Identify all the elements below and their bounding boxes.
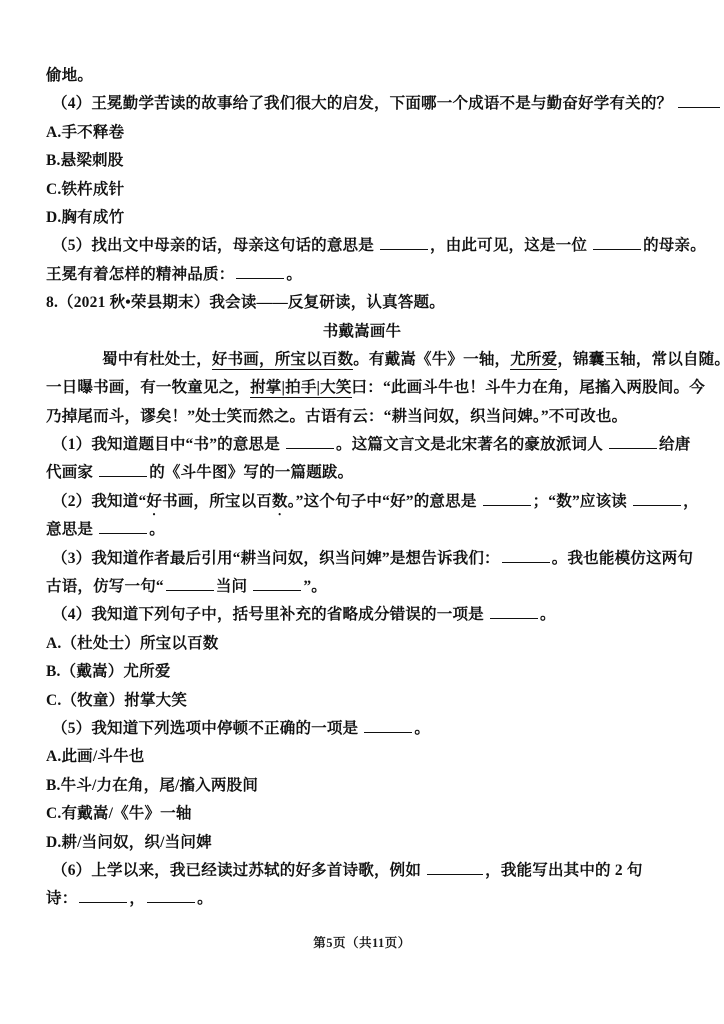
text-segment: 拊掌|拍手|大笑 — [250, 379, 351, 398]
option-a: A.此画/斗牛也 — [46, 743, 678, 771]
text-segment: 曰：“此画斗牛也！斗牛力在角，尾搐入两股间。今 — [352, 379, 705, 396]
option-a: A.（杜处士）所宝以百数 — [46, 630, 678, 658]
text-segment: 。我也能模仿这两句 — [552, 550, 693, 567]
continuation-line: 代画家 的《斗牛图》写的一篇题跋。 — [46, 459, 678, 487]
text-segment: 一日曝书画，有一牧童见之， — [46, 379, 250, 396]
text-segment: （6）上学以来，我已经读过苏轼的好多首诗歌，例如 — [52, 862, 425, 879]
answer-blank — [593, 236, 641, 250]
text-segment: D.耕/当问奴，织/当问婢 — [46, 834, 212, 851]
answer-blank — [147, 889, 195, 903]
text-segment: 代画家 — [46, 464, 97, 481]
text-segment: D.胸有成竹 — [46, 209, 124, 226]
continuation-line: 王冕有着怎样的精神品质：。 — [46, 261, 678, 289]
passage-line-2: 一日曝书画，有一牧童见之，拊掌|拍手|大笑曰：“此画斗牛也！斗牛力在角，尾搐入两… — [46, 374, 678, 402]
answer-blank — [483, 492, 531, 506]
text-segment: 的母亲。 — [643, 237, 706, 254]
text-segment: ，锦囊玉轴，常以自随。 — [557, 351, 724, 368]
text-segment: 。有戴嵩《牛》一轴， — [353, 351, 510, 368]
answer-blank — [609, 435, 657, 449]
continuation-line: 诗：，。 — [46, 885, 678, 913]
option-b: B.牛斗/力在角，尾/搐入两股间 — [46, 772, 678, 800]
page-footer: 第5页（共11页） — [46, 933, 678, 951]
sub-question-5: （5）找出文中母亲的话，母亲这句话的意思是 ，由此可见，这是一位 的母亲。 — [46, 232, 678, 260]
text-segment: （5）我知道下列选项中停顿不正确的一项是 — [52, 720, 362, 737]
text-segment: 诗： — [46, 890, 77, 907]
text-segment: B.悬梁刺股 — [46, 152, 123, 169]
text-segment: 好 — [146, 493, 162, 510]
answer-blank — [364, 719, 412, 733]
answer-blank — [502, 549, 550, 563]
text-segment: （1）我知道题目中“书”的意思是 — [52, 436, 284, 453]
text-segment: 。 — [286, 266, 302, 283]
sub-question-1: （1）我知道题目中“书”的意思是 。这篇文言文是北宋著名的豪放派词人 给唐 — [46, 431, 678, 459]
option-c: C.有戴嵩/《牛》一轴 — [46, 800, 678, 828]
text-segment: 王冕有着怎样的精神品质： — [46, 266, 234, 283]
passage-line-1: 蜀中有杜处士，好书画，所宝以百数。有戴嵩《牛》一轴，尤所爱，锦囊玉轴，常以自随。 — [46, 346, 678, 374]
text-segment: （4）王冕勤学苦读的故事给了我们很大的启发，下面哪一个成语不是与勤奋好学有关的？ — [52, 95, 676, 112]
sub-question-3: （3）我知道作者最后引用“耕当问奴，织当问婢”是想告诉我们：。我也能模仿这两句 — [46, 545, 678, 573]
answer-blank — [236, 265, 284, 279]
text-segment: 的《斗牛图》写的一篇题跋。 — [149, 464, 353, 481]
answer-blank — [678, 94, 720, 108]
text-segment: 书画，所宝以百 — [162, 493, 272, 510]
sub-question-4: （4）王冕勤学苦读的故事给了我们很大的启发，下面哪一个成语不是与勤奋好学有关的？ — [46, 90, 678, 118]
continuation-line: 意思是 。 — [46, 516, 678, 544]
text-segment: C.（牧童）拊掌大笑 — [46, 692, 187, 709]
text-segment: 。”这个句子中“好”的意思是 — [288, 493, 481, 510]
passage-line-3: 乃掉尾而斗，谬矣！”处士笑而然之。古语有云：“耕当问奴，织当问婢。”不可改也。 — [46, 403, 678, 431]
text-segment: 8.（2021 秋•荣县期末）我会读——反复研读，认真答题。 — [46, 294, 445, 311]
text-segment: （5）找出文中母亲的话，母亲这句话的意思是 — [52, 237, 378, 254]
answer-blank — [633, 492, 681, 506]
text-segment: 书戴嵩画牛 — [323, 323, 402, 340]
answer-blank — [427, 861, 483, 875]
answer-blank — [79, 889, 127, 903]
text-segment: 好书画，所宝以百数 — [212, 351, 353, 370]
text-segment: 给唐 — [659, 436, 690, 453]
continuation-line: 古语，仿写一句“当问 ”。 — [46, 573, 678, 601]
answer-blank — [166, 577, 214, 591]
text-segment: 。 — [540, 606, 556, 623]
text-segment: ， — [683, 493, 699, 510]
text-segment: A.手不释卷 — [46, 124, 124, 141]
text-segment: ”。 — [303, 578, 327, 595]
text-segment: ，我能写出其中的 2 句 — [485, 862, 642, 879]
text-segment: C.有戴嵩/《牛》一轴 — [46, 805, 192, 822]
option-b: B.悬梁刺股 — [46, 147, 678, 175]
text-segment: 。 — [197, 890, 213, 907]
text-segment: B.牛斗/力在角，尾/搐入两股间 — [46, 777, 258, 794]
option-a: A.手不释卷 — [46, 119, 678, 147]
answer-blank — [490, 605, 538, 619]
document-page: 偷地。（4）王冕勤学苦读的故事给了我们很大的启发，下面哪一个成语不是与勤奋好学有… — [0, 0, 724, 951]
text-segment: （3）我知道作者最后引用“耕当问奴，织当问婢”是想告诉我们： — [52, 550, 500, 567]
sub-question-5: （5）我知道下列选项中停顿不正确的一项是 。 — [46, 715, 678, 743]
sub-question-4: （4）我知道下列句子中，括号里补充的省略成分错误的一项是 。 — [46, 601, 678, 629]
text-segment: ， — [129, 890, 145, 907]
option-d: D.胸有成竹 — [46, 204, 678, 232]
text-segment: 。这篇文言文是北宋著名的豪放派词人 — [336, 436, 607, 453]
text-segment: 数 — [272, 493, 288, 510]
text-segment: ，由此可见，这是一位 — [430, 237, 591, 254]
answer-blank — [99, 463, 147, 477]
text-segment: 意思是 — [46, 521, 97, 538]
text-segment: 当问 — [216, 578, 251, 595]
continuation-line: 偷地。 — [46, 62, 678, 90]
text-segment: ；“数”应该读 — [533, 493, 631, 510]
answer-blank — [99, 520, 147, 534]
passage-title: 书戴嵩画牛 — [46, 318, 678, 346]
answer-blank — [253, 577, 301, 591]
text-segment: 。 — [149, 521, 165, 538]
option-c: C.铁杵成针 — [46, 176, 678, 204]
option-b: B.（戴嵩）尤所爱 — [46, 658, 678, 686]
text-segment: （2）我知道“ — [52, 493, 146, 510]
text-segment: B.（戴嵩）尤所爱 — [46, 663, 171, 680]
sub-question-2: （2）我知道“好书画，所宝以百数。”这个句子中“好”的意思是 ；“数”应该读 ， — [46, 488, 678, 516]
question-8-header: 8.（2021 秋•荣县期末）我会读——反复研读，认真答题。 — [46, 289, 678, 317]
text-segment: A.（杜处士）所宝以百数 — [46, 635, 218, 652]
text-segment: A.此画/斗牛也 — [46, 748, 144, 765]
answer-blank — [380, 236, 428, 250]
text-segment: 尤所爱 — [510, 351, 557, 370]
text-segment: 乃掉尾而斗，谬矣！”处士笑而然之。古语有云：“耕当问奴，织当问婢。”不可改也。 — [46, 408, 627, 425]
document-lines: 偷地。（4）王冕勤学苦读的故事给了我们很大的启发，下面哪一个成语不是与勤奋好学有… — [46, 62, 678, 914]
option-c: C.（牧童）拊掌大笑 — [46, 687, 678, 715]
option-d: D.耕/当问奴，织/当问婢 — [46, 829, 678, 857]
text-segment: 古语，仿写一句“ — [46, 578, 164, 595]
text-segment: C.铁杵成针 — [46, 181, 124, 198]
text-segment: 。 — [414, 720, 430, 737]
text-segment: 蜀中有杜处士， — [102, 351, 212, 368]
answer-blank — [286, 435, 334, 449]
text-segment: 偷地。 — [46, 67, 93, 84]
text-segment: （4）我知道下列句子中，括号里补充的省略成分错误的一项是 — [52, 606, 488, 623]
sub-question-6: （6）上学以来，我已经读过苏轼的好多首诗歌，例如 ，我能写出其中的 2 句 — [46, 857, 678, 885]
